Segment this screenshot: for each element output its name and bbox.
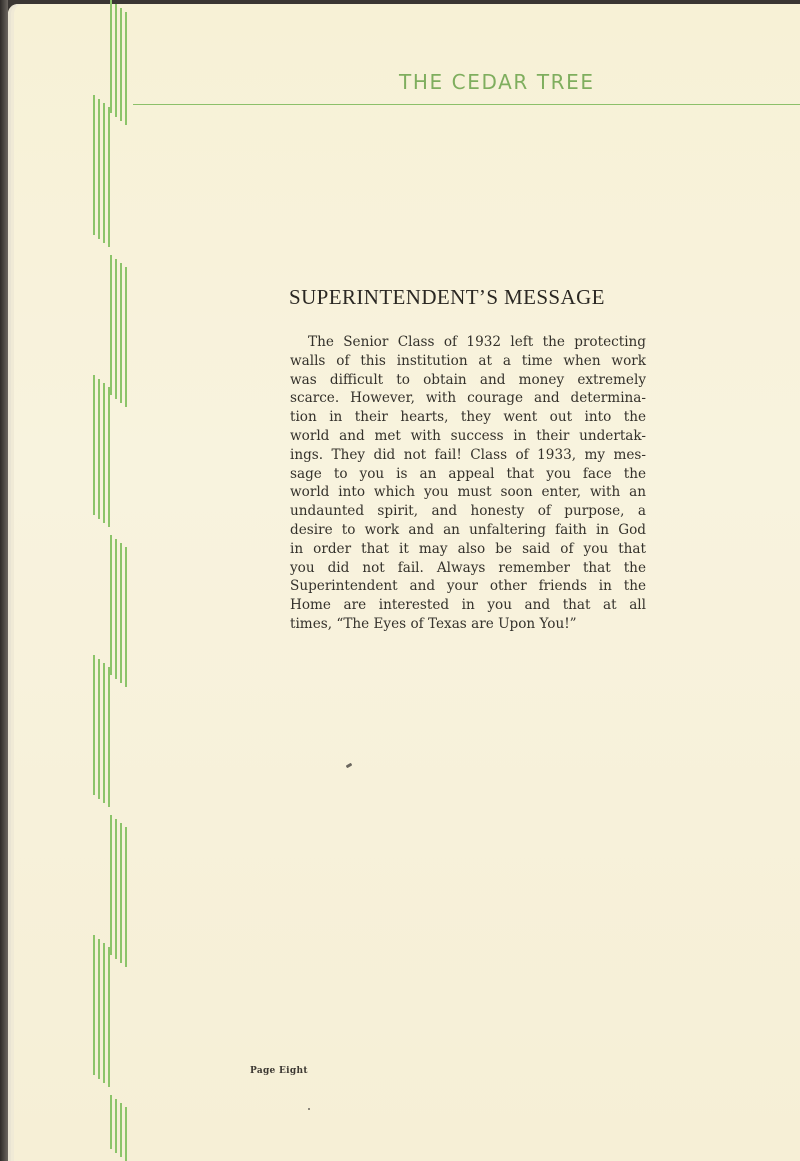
body-line: walls of this institution at a time when… <box>290 352 646 371</box>
page-number: Page Eight <box>250 1066 308 1076</box>
body-line: Superintendent and your other friends in… <box>290 577 646 596</box>
body-line: scarce. However, with courage and determ… <box>290 389 646 408</box>
article-body: The Senior Class of 1932 left the protec… <box>290 333 646 634</box>
green-stripe-segment <box>93 655 111 807</box>
body-line: undaunted spirit, and honesty of purpose… <box>290 502 646 521</box>
publication-title: THE CEDAR TREE <box>399 70 595 94</box>
article-title: SUPERINTENDENT’S MESSAGE <box>289 285 605 310</box>
body-line: world and met with success in their unde… <box>290 427 646 446</box>
body-line: you did not fail. Always remember that t… <box>290 559 646 578</box>
green-stripe-segment <box>93 935 111 1087</box>
body-line: desire to work and an unfaltering faith … <box>290 521 646 540</box>
body-line: Home are interested in you and that at a… <box>290 596 646 615</box>
scanned-page-edge <box>0 0 8 1161</box>
header-rule <box>133 104 800 105</box>
body-line: world into which you must soon enter, wi… <box>290 483 646 502</box>
body-line: ings. They did not fail! Class of 1933, … <box>290 446 646 465</box>
green-stripe-segment <box>93 95 111 247</box>
body-line: The Senior Class of 1932 left the protec… <box>290 333 646 352</box>
body-line: times, “The Eyes of Texas are Upon You!” <box>290 615 646 634</box>
green-stripe-segment <box>110 0 128 125</box>
body-line: sage to you is an appeal that you face t… <box>290 465 646 484</box>
green-stripe-segment <box>110 1095 128 1161</box>
green-stripe-segment <box>110 815 128 967</box>
body-line: tion in their hearts, they went out into… <box>290 408 646 427</box>
green-stripe-segment <box>110 535 128 687</box>
green-stripe-segment <box>110 255 128 407</box>
green-stripe-segment <box>93 375 111 527</box>
body-line: in order that it may also be said of you… <box>290 540 646 559</box>
body-line: was difficult to obtain and money extrem… <box>290 371 646 390</box>
paper-speck <box>308 1108 310 1110</box>
